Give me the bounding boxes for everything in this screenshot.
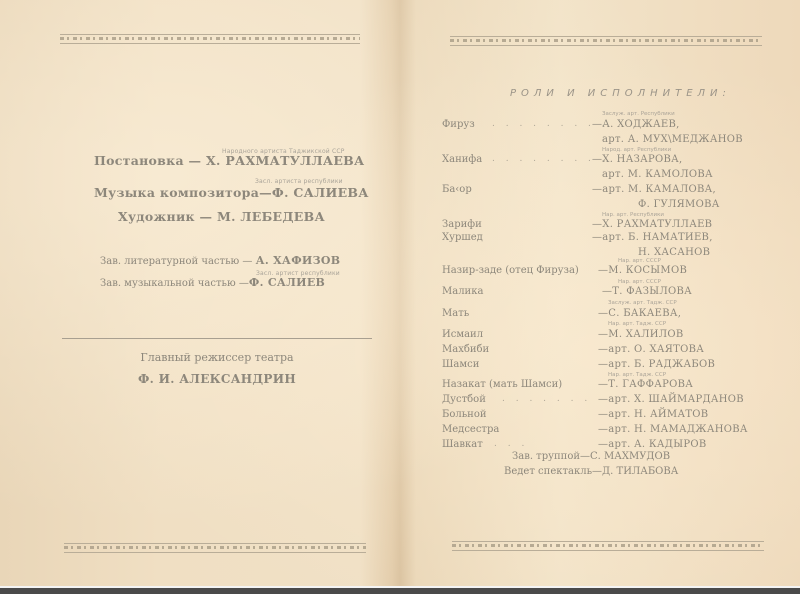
- staff-music: Зав. музыкальной частью —Ф. САЛИЕВ: [100, 276, 325, 289]
- cast-actor: —С. БАКАЕВА,: [598, 308, 681, 319]
- cast-role: Хуршед: [442, 232, 483, 243]
- bottom-ornament-border: [64, 543, 366, 553]
- credit-artist: Художник — М. ЛЕБЕДЕВА: [118, 209, 325, 224]
- cast-role: Ба‹ор: [442, 184, 472, 195]
- cast-actor: —А. ХОДЖАЕВ,: [592, 119, 680, 130]
- cast-role: Больной: [442, 409, 487, 420]
- cast-role: Махбиби: [442, 344, 489, 355]
- top-ornament-border: [450, 36, 762, 46]
- chief-director-title: Главный режиссер театра: [62, 351, 372, 364]
- cast-actor: арт. М. КАМОЛОВА: [602, 169, 713, 180]
- program-spread: Народного артиста Таджикской ССР Постано…: [0, 0, 800, 586]
- footer-stage-manager: Ведет спектакль—Д. ТИЛАБОВА: [504, 466, 678, 477]
- cast-actor: —арт. Б. НАМАТИЕВ,: [592, 232, 713, 243]
- leader-dots: . . .: [494, 439, 528, 449]
- cast-actor: —арт. Н. МАМАДЖАНОВА: [598, 424, 748, 435]
- cast-actor: —арт. М. КАМАЛОВА,: [592, 184, 716, 195]
- credit-label: Постановка: [94, 153, 184, 168]
- cast-actor: —арт. Х. ШАЙМАРДАНОВ: [598, 394, 744, 405]
- cast-role: Малика: [442, 286, 483, 297]
- staff-label: Зав. музыкальной частью: [100, 278, 236, 289]
- cast-role: Мать: [442, 308, 469, 319]
- cast-note: Нар. арт. Тадж. ССР: [608, 321, 666, 327]
- cast-role: Шавкат: [442, 439, 483, 450]
- cast-actor: Ф. ГУЛЯМОВА: [638, 199, 720, 210]
- credit-music: Музыка композитора—Ф. САЛИЕВА: [94, 185, 369, 200]
- bottom-ornament-border: [452, 541, 764, 551]
- cast-heading: РОЛИ И ИСПОЛНИТЕЛИ:: [510, 88, 731, 99]
- cast-actor: —Т. ФАЗЫЛОВА: [602, 286, 692, 297]
- cast-actor: —М. КОСЫМОВ: [598, 265, 687, 276]
- cast-role: Дустбой: [442, 394, 486, 405]
- staff-name: А. ХАФИЗОВ: [256, 254, 341, 267]
- footer-name: —Д. ТИЛАБОВА: [592, 466, 678, 477]
- cast-actor: —арт. О. ХАЯТОВА: [598, 344, 704, 355]
- cast-note: Нар. арт. Республики: [602, 212, 664, 218]
- cast-actor: —арт. Б. РАДЖАБОВ: [598, 359, 715, 370]
- top-ornament-border: [60, 34, 360, 44]
- cast-role: Назир-заде (отец Фируза): [442, 265, 579, 276]
- cast-role: Фируз: [442, 119, 475, 130]
- footer-name: —С. МАХМУДОВ: [580, 451, 670, 462]
- cast-role: Ханифа: [442, 154, 482, 165]
- credit-note: Засл. артиста республики: [255, 178, 343, 185]
- divider-rule: [62, 338, 372, 339]
- cast-actor: —Х. РАХМАТУЛЛАЕВ: [592, 219, 712, 230]
- right-page: РОЛИ И ИСПОЛНИТЕЛИ: Заслуж. арт. Республ…: [400, 0, 800, 586]
- cast-note: Народ. арт. Республики: [602, 147, 671, 153]
- staff-label: Зав. литературной частью: [100, 256, 239, 267]
- cast-role: Назакат (мать Шамси): [442, 379, 562, 390]
- cast-actor: —Х. НАЗАРОВА,: [592, 154, 683, 165]
- staff-name: Ф. САЛИЕВ: [249, 276, 325, 289]
- staff-literary: Зав. литературной частью — А. ХАФИЗОВ: [100, 254, 340, 267]
- cast-actor: —Т. ГАФФАРОВА: [598, 379, 693, 390]
- credit-name: М. ЛЕБЕДЕВА: [217, 209, 325, 224]
- cast-role: Зарифи: [442, 219, 482, 230]
- bottom-edge-bar: [0, 586, 800, 594]
- cast-note: Нар. арт. Тадж. ССР: [608, 372, 666, 378]
- cast-actor: Н. ХАСАНОВ: [638, 247, 710, 258]
- cast-actor: —арт. Н. АЙМАТОВ: [598, 409, 708, 420]
- cast-note: Нар. арт. СССР: [618, 258, 661, 264]
- cast-actor: —арт. А. КАДЫРОВ: [598, 439, 707, 450]
- cast-role: Исмаил: [442, 329, 483, 340]
- left-page: Народного артиста Таджикской ССР Постано…: [0, 0, 400, 586]
- leader-dots: . . . . . . .: [502, 394, 591, 404]
- footer-troupe: Зав. труппой—С. МАХМУДОВ: [512, 451, 670, 462]
- cast-role: Шамси: [442, 359, 479, 370]
- credit-name: Ф. САЛИЕВА: [272, 185, 369, 200]
- credit-name: Х. РАХМАТУЛЛАЕВА: [206, 153, 365, 168]
- cast-role: Медсестра: [442, 424, 499, 435]
- cast-actor: арт. А. МУХ\МЕДЖАНОВ: [602, 134, 743, 145]
- cast-note: Заслуж. арт. Тадж. ССР: [608, 300, 677, 306]
- footer-label: Ведет спектакль: [504, 466, 592, 477]
- cast-actor: —М. ХАЛИЛОВ: [598, 329, 684, 340]
- chief-director-name: Ф. И. АЛЕКСАНДРИН: [62, 372, 372, 386]
- footer-label: Зав. труппой: [512, 451, 580, 462]
- credit-label: Художник: [118, 209, 195, 224]
- credit-label: Музыка композитора: [94, 185, 259, 200]
- cast-note: Нар. арт. СССР: [618, 279, 661, 285]
- credit-staging: Постановка — Х. РАХМАТУЛЛАЕВА: [94, 153, 365, 168]
- cast-note: Заслуж. арт. Республики: [602, 111, 675, 117]
